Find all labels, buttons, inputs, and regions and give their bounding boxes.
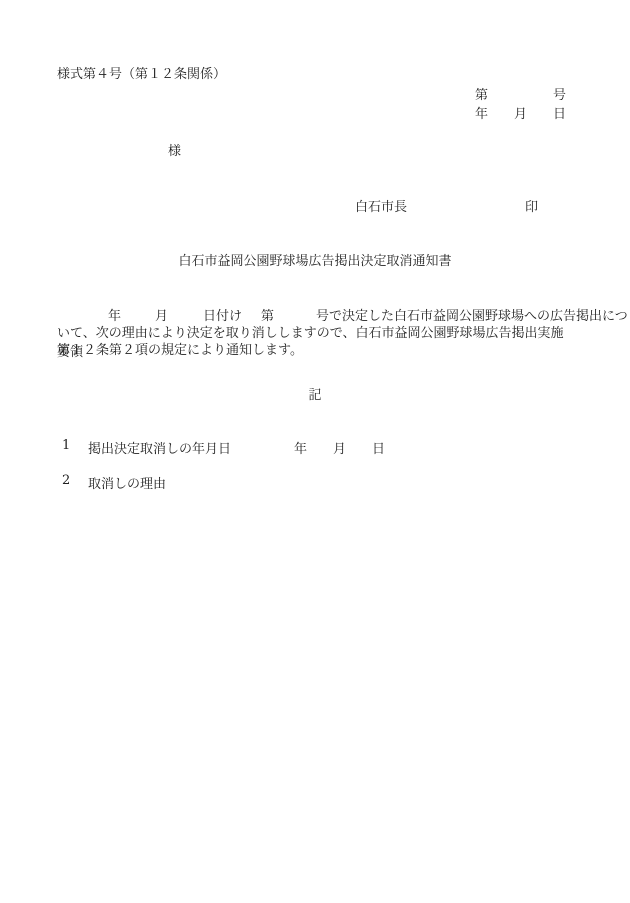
item-1-date-fields: 年 月 日 xyxy=(294,438,385,457)
doc-number-prefix: 第 xyxy=(475,84,488,103)
item-2-label: 取消しの理由 xyxy=(88,473,166,492)
record-marker: 記 xyxy=(0,384,630,403)
item-1-day-label: 日 xyxy=(372,438,385,457)
item-1-year-label: 年 xyxy=(294,438,307,457)
body-line-2: いて、次の理由により決定を取り消ししますので、白石市益岡公園野球場広告掲出実施要… xyxy=(57,322,573,339)
body-line-1: 年 月 日付け 第 号で決定した白石市益岡公園野球場への広告掲出につ xyxy=(57,305,573,322)
item-1-month-label: 月 xyxy=(333,438,346,457)
date-line: 年 月 日 xyxy=(475,103,566,122)
item-1-number: 1 xyxy=(62,438,70,453)
document-title: 白石市益岡公園野球場広告掲出決定取消通知書 xyxy=(0,250,630,269)
signature-line: 白石市長 印 xyxy=(355,196,538,215)
doc-number-line: 第 号 xyxy=(475,84,566,103)
seal-mark: 印 xyxy=(525,196,538,215)
document-page: 様式第４号（第１２条関係） 第 号 年 月 日 様 白石市長 印 白石市益岡公園… xyxy=(0,0,630,903)
date-month-label: 月 xyxy=(514,103,527,122)
doc-number-suffix: 号 xyxy=(553,84,566,103)
date-day-label: 日 xyxy=(553,103,566,122)
item-1-label: 掲出決定取消しの年月日 xyxy=(88,438,231,457)
item-2-number: 2 xyxy=(62,473,70,488)
body-line-3: 第１２条第２項の規定により通知します。 xyxy=(57,339,573,356)
sender-name: 白石市長 xyxy=(355,196,407,215)
date-year-label: 年 xyxy=(475,103,488,122)
addressee-honorific: 様 xyxy=(168,140,181,159)
form-number: 様式第４号（第１２条関係） xyxy=(57,63,226,82)
